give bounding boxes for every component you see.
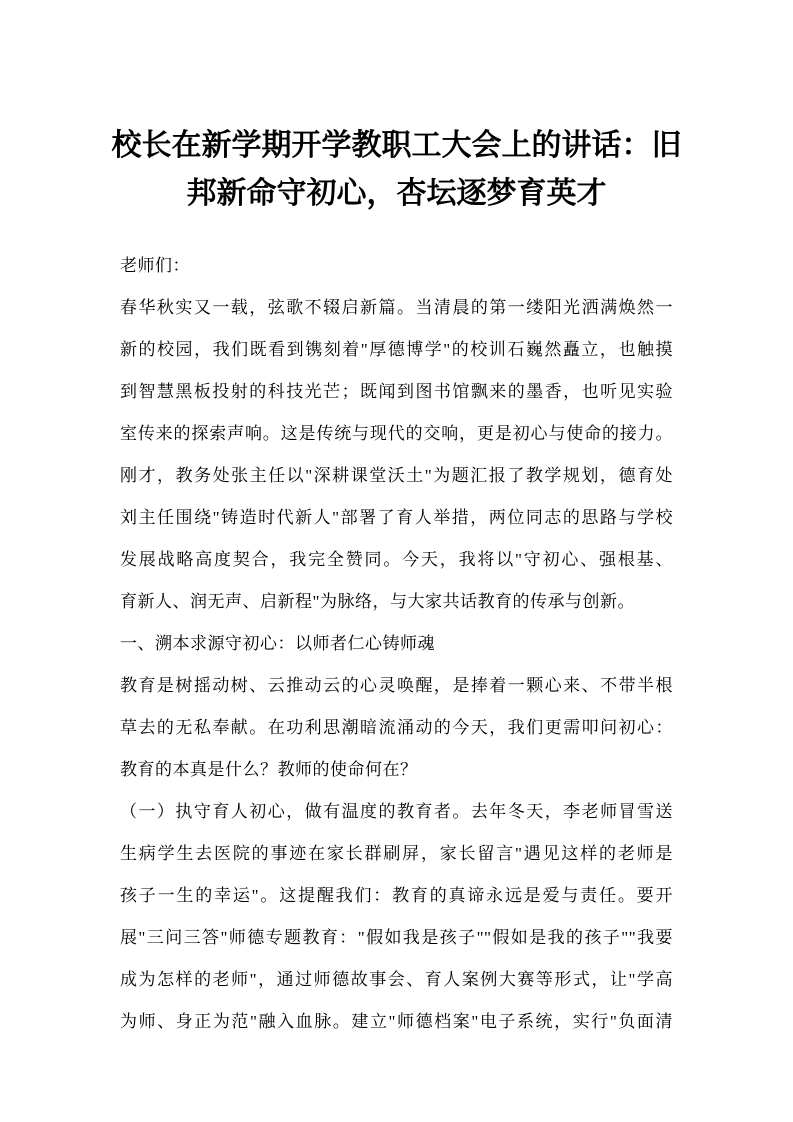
body-line: 草去的无私奉献。在功利思潮暗流涌动的今天，我们更需叩问初心： xyxy=(120,707,673,749)
body-line: 发展战略高度契合，我完全赞同。今天，我将以"守初心、强根基、 xyxy=(120,539,673,581)
document-title: 校长在新学期开学教职工大会上的讲话：旧 邦新命守初心，杏坛逐梦育英才 xyxy=(0,122,793,218)
body-line: 到智慧黑板投射的科技光芒；既闻到图书馆飘来的墨香，也听见实验 xyxy=(120,371,673,413)
body-line: 孩子一生的幸运"。这提醒我们：教育的真谛永远是爱与责任。要开 xyxy=(120,875,673,917)
body-line: 为师、身正为范"融入血脉。建立"师德档案"电子系统，实行"负面清 xyxy=(120,1001,673,1043)
body-line: 教育是树摇动树、云推动云的心灵唤醒，是捧着一颗心来、不带半根 xyxy=(120,665,673,707)
body-line: 教育的本真是什么？教师的使命何在？ xyxy=(120,749,673,791)
document-body: 老师们： 春华秋实又一载，弦歌不辍启新篇。当清晨的第一缕阳光洒满焕然一 新的校园… xyxy=(120,245,673,1043)
body-line: 展"三问三答"师德专题教育："假如我是孩子""假如是我的孩子""我要 xyxy=(120,917,673,959)
salutation-line: 老师们： xyxy=(120,245,673,287)
body-line: 室传来的探索声响。这是传统与现代的交响，更是初心与使命的接力。 xyxy=(120,413,673,455)
section-heading: 一、溯本求源守初心：以师者仁心铸师魂 xyxy=(120,623,673,665)
body-line: 刘主任围绕"铸造时代新人"部署了育人举措，两位同志的思路与学校 xyxy=(120,497,673,539)
body-line: 春华秋实又一载，弦歌不辍启新篇。当清晨的第一缕阳光洒满焕然一 xyxy=(120,287,673,329)
body-line: 生病学生去医院的事迹在家长群刷屏，家长留言"遇见这样的老师是 xyxy=(120,833,673,875)
document-title-line-2: 邦新命守初心，杏坛逐梦育英才 xyxy=(0,170,793,218)
body-line: 刚才，教务处张主任以"深耕课堂沃土"为题汇报了教学规划，德育处 xyxy=(120,455,673,497)
body-line: （一）执守育人初心，做有温度的教育者。去年冬天，李老师冒雪送 xyxy=(120,791,673,833)
body-line: 育新人、润无声、启新程"为脉络，与大家共话教育的传承与创新。 xyxy=(120,581,673,623)
body-line: 新的校园，我们既看到镌刻着"厚德博学"的校训石巍然矗立，也触摸 xyxy=(120,329,673,371)
document-page: 校长在新学期开学教职工大会上的讲话：旧 邦新命守初心，杏坛逐梦育英才 老师们： … xyxy=(0,0,793,1122)
body-line: 成为怎样的老师"，通过师德故事会、育人案例大赛等形式，让"学高 xyxy=(120,959,673,1001)
document-title-line-1: 校长在新学期开学教职工大会上的讲话：旧 xyxy=(0,122,793,170)
